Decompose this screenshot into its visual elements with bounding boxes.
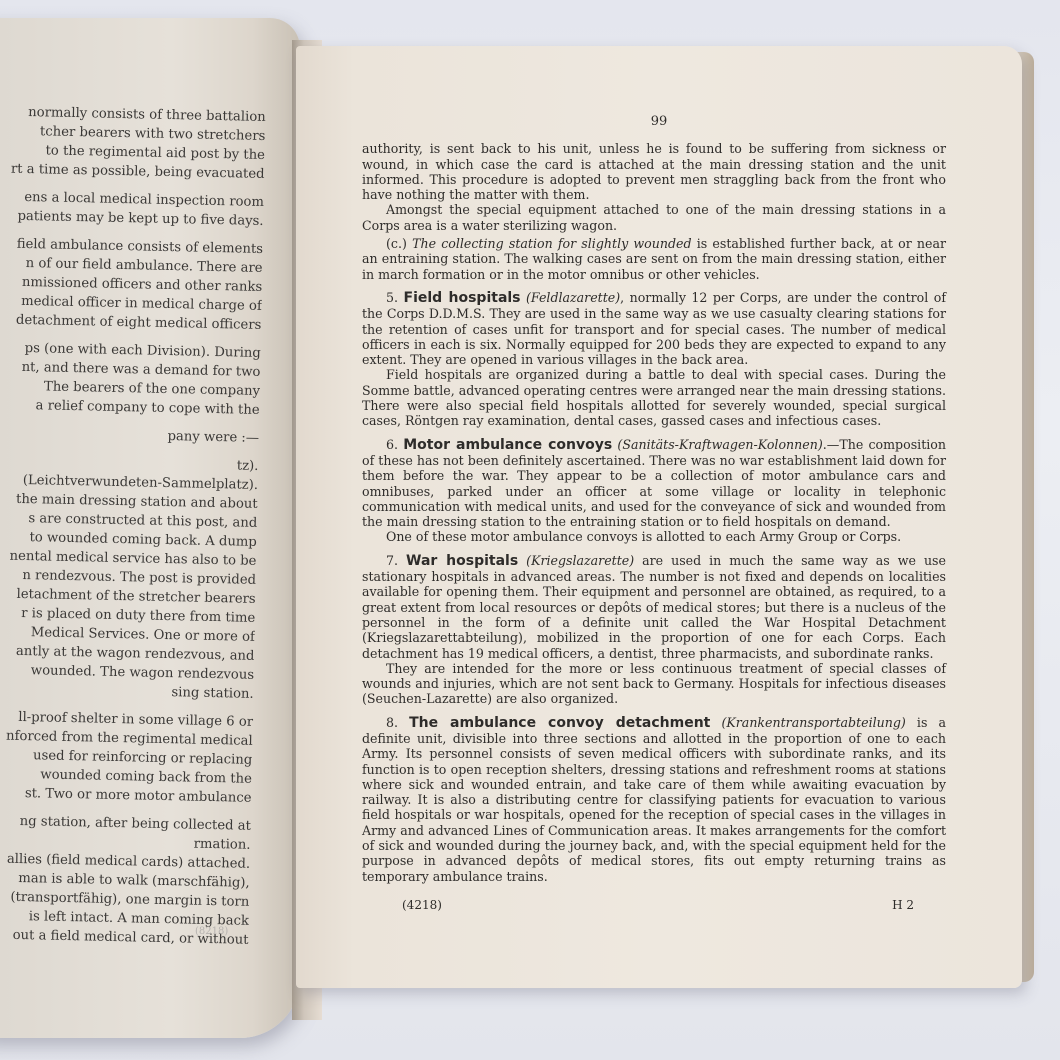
section-extra-paragraph: One of these motor ambulance convoys is …	[362, 529, 946, 544]
section-extra-paragraph: Field hospitals are organized during a b…	[362, 367, 946, 428]
collecting-station-paragraph: (c.) The collecting station for slightly…	[362, 236, 946, 282]
section-7: 7. War hospitals (Kriegslazarette) are u…	[362, 553, 946, 661]
section-6: 6. Motor ambulance convoys (Sanitäts-Kra…	[362, 437, 946, 530]
section-heading: War hospitals	[406, 553, 518, 569]
left-page-text: normally consists of three battaliontche…	[0, 102, 266, 950]
signature-mark: H 2	[892, 898, 914, 913]
section-body: is a definite unit, divisible into three…	[362, 715, 946, 884]
german-term: (Kriegslazarette)	[526, 553, 634, 568]
section-number: 8.	[386, 715, 398, 730]
left-page: normally consists of three battaliontche…	[0, 18, 300, 1038]
german-term: (Feldlazarette)	[526, 290, 620, 305]
collecting-station-title: The collecting station for slightly woun…	[412, 236, 691, 251]
section-heading: Motor ambulance convoys	[403, 437, 612, 453]
section-body: are used in much the same way as we use …	[362, 553, 946, 661]
right-page-text: 99 authority, is sent back to his unit, …	[362, 114, 946, 913]
section-5: 5. Field hospitals (Feldlazarette), norm…	[362, 290, 946, 367]
section-heading: The ambulance convoy detachment	[409, 715, 710, 731]
equipment-paragraph: Amongst the special equipment attached t…	[362, 202, 946, 233]
section-heading: Field hospitals	[404, 290, 521, 306]
german-term: (Sanitäts-Kraftwagen-Kolonnen)	[617, 437, 822, 452]
section-number: 5.	[386, 290, 398, 305]
print-code: (4218)	[402, 898, 442, 913]
section-number: 6.	[386, 437, 398, 452]
left-page-stamp: (8218)	[195, 926, 228, 937]
section-number: 7.	[386, 553, 398, 568]
section-8: 8. The ambulance convoy detachment (Kran…	[362, 715, 946, 884]
german-term: (Krankentransportabteilung)	[721, 715, 905, 730]
page-number: 99	[362, 114, 946, 129]
page-footer: (4218) H 2	[362, 898, 946, 913]
section-extra-paragraph: They are intended for the more or less c…	[362, 661, 946, 707]
continuation-paragraph: authority, is sent back to his unit, unl…	[362, 141, 946, 202]
